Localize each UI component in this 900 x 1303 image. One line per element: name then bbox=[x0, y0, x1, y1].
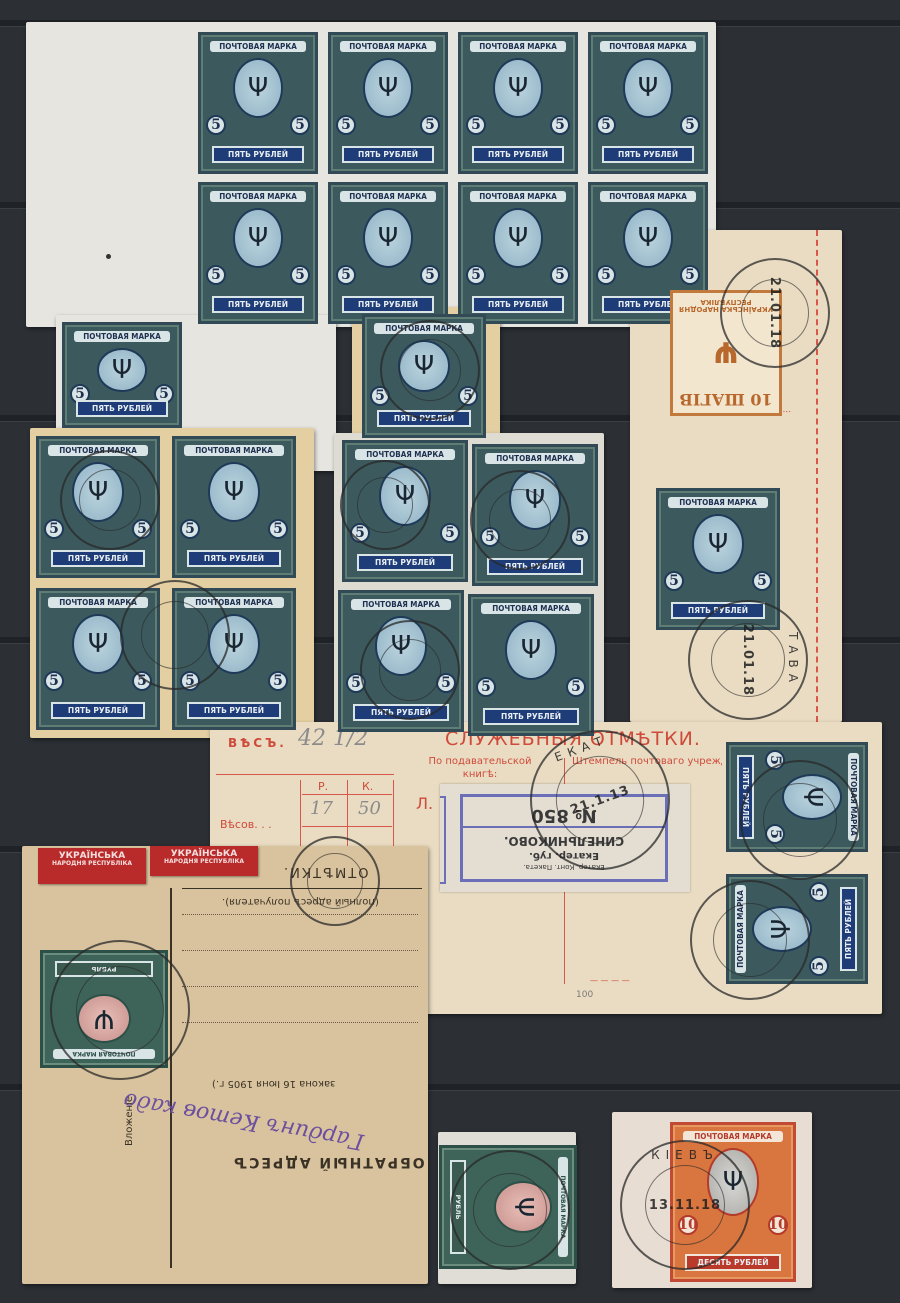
trident-icon: Ψ bbox=[638, 75, 658, 101]
trident-icon: Ψ bbox=[248, 225, 268, 251]
stamp-top-label: ПОЧТОВАЯ МАРКА bbox=[340, 41, 436, 52]
trident-icon: Ψ bbox=[508, 225, 528, 251]
stamp-bottom-label: ПЯТЬ РУБЛЕЙ bbox=[51, 550, 145, 567]
stamp-value-left: 5 bbox=[466, 265, 486, 285]
stamp-values: 55 bbox=[765, 745, 785, 849]
stamp-value-right: 5 bbox=[268, 671, 288, 691]
stamp-bottom-label: ПЯТЬ РУБЛЕЙ bbox=[357, 554, 453, 571]
stamp-bottom-label: ПЯТЬ РУБЛЕЙ bbox=[353, 704, 449, 721]
stamp-values: 55 bbox=[659, 571, 777, 591]
stamp-bottom-label: ПЯТЬ РУБЛЕЙ bbox=[212, 146, 303, 163]
stamp-oval: Ψ bbox=[623, 208, 673, 268]
stamp-10-shahiv: 10 ШАГІВΨУКРАЇНСЬКА НАРОДНЯ РЕСПУБЛІКА bbox=[670, 290, 782, 416]
stamp-bottom-label: РУБЛЬ bbox=[55, 961, 153, 977]
stamp-values: 55 bbox=[475, 527, 595, 547]
stamp-bottom-label: ПЯТЬ РУБЛЕЙ bbox=[212, 296, 303, 313]
block-stamp-5-rubles: ПОЧТОВАЯ МАРКАΨ55ПЯТЬ РУБЛЕЙ bbox=[328, 182, 448, 324]
middle-block-stamp-5-rubles: ПОЧТОВАЯ МАРКАΨ55ПЯТЬ РУБЛЕЙ bbox=[338, 590, 464, 732]
unr-line2: НАРОДНЯ РЕСПУБЛІКА bbox=[44, 861, 140, 867]
stamp-bottom-label: ПЯТЬ РУБЛЕЙ bbox=[483, 708, 579, 725]
stamp-value-right: 5 bbox=[550, 265, 570, 285]
trident-icon: Ψ bbox=[508, 75, 528, 101]
stamp-values: 55 bbox=[471, 677, 591, 697]
stamp-value-right: 5 bbox=[458, 386, 478, 406]
trident-icon: Ψ bbox=[521, 637, 541, 663]
stamp-oval: Ψ bbox=[363, 58, 413, 118]
amount-r: 17 bbox=[310, 798, 333, 819]
stamp-values: 55 bbox=[201, 115, 315, 135]
unr-line2: НАРОДНЯ РЕСПУБЛІКА bbox=[156, 859, 252, 865]
trident-icon: Ψ bbox=[525, 487, 545, 513]
trident-icon: Ψ bbox=[799, 787, 825, 807]
dotted-line bbox=[182, 914, 418, 915]
shahiv-currency: ШАГІВ bbox=[679, 390, 744, 409]
vesov-label: Вѣсов. . . bbox=[220, 818, 272, 831]
stamp-oval: Ψ bbox=[72, 462, 124, 522]
column-r: Р. bbox=[318, 780, 328, 793]
stamp-bottom-label: ПЯТЬ РУБЛЕЙ bbox=[187, 550, 281, 567]
stamp-value-left: 10 bbox=[678, 1215, 698, 1235]
trident-icon: Ψ bbox=[378, 75, 398, 101]
stamp-bottom-label: ПЯТЬ РУБЛЕЙ bbox=[602, 146, 693, 163]
stamp-values: 55 bbox=[175, 671, 293, 691]
trident-icon: Ψ bbox=[378, 225, 398, 251]
trident-icon: Ψ bbox=[112, 357, 132, 383]
shahiv-value: 10 bbox=[750, 390, 772, 409]
dotted-line bbox=[182, 986, 418, 987]
trident-icon: Ψ bbox=[224, 479, 244, 505]
trident-icon: Ψ bbox=[714, 335, 738, 368]
block-stamp-5-rubles: ПОЧТОВАЯ МАРКАΨ55ПЯТЬ РУБЛЕЙ bbox=[458, 182, 578, 324]
form-line bbox=[216, 774, 394, 775]
stamp-values: 55 bbox=[201, 265, 315, 285]
shahiv-country: УКРАЇНСЬКА НАРОДНЯ РЕСПУБЛІКА bbox=[675, 297, 777, 312]
stamp-value-right: 5 bbox=[268, 519, 288, 539]
stamp-values: 55 bbox=[341, 673, 461, 693]
stamp-bottom-label: ДЕСЯТЬ РУБЛЕЙ bbox=[685, 1254, 781, 1271]
stamp-values: 55 bbox=[345, 523, 465, 543]
stamp-top-label: ПОЧТОВАЯ МАРКА bbox=[600, 191, 696, 202]
block-stamp-5-rubles: ПОЧТОВАЯ МАРКАΨ55ПЯТЬ РУБЛЕЙ bbox=[198, 32, 318, 174]
dotted-line bbox=[182, 1022, 418, 1023]
stamp-oval: Ψ bbox=[233, 58, 283, 118]
stamp-oval: Ψ bbox=[623, 58, 673, 118]
stamp-value-left: 5 bbox=[206, 115, 226, 135]
stamp-top-label: ПОЧТОВАЯ МАРКА bbox=[470, 41, 566, 52]
shahiv-value-row: 10 ШАГІВ bbox=[679, 390, 772, 409]
stamp-1-ruble-punched: ПОЧТОВАЯ МАРКАΨРУБЛЬ bbox=[439, 1145, 577, 1269]
stamp-value-right: 5 bbox=[680, 265, 700, 285]
stamp-top-label: ПОЧТОВАЯ МАРКА bbox=[340, 191, 436, 202]
card-divider bbox=[170, 888, 172, 1268]
stamp-value-left: 5 bbox=[596, 265, 616, 285]
stamp-oval: Ψ bbox=[72, 614, 124, 674]
trident-icon: Ψ bbox=[94, 1005, 114, 1031]
stamp-bottom-label: ПЯТЬ РУБЛЕЙ bbox=[76, 400, 167, 417]
stamp-bottom-label: ПЯТЬ РУБЛЕЙ bbox=[51, 702, 145, 719]
stamp-values: 55 bbox=[461, 265, 575, 285]
stamp-value-right: 5 bbox=[420, 115, 440, 135]
stamp-value-right: 5 bbox=[680, 115, 700, 135]
stamp-top-label: ПОЧТОВАЯ МАРКА bbox=[558, 1157, 568, 1256]
stamp-value-right: 5 bbox=[132, 671, 152, 691]
stamp-top-label: ПОЧТОВАЯ МАРКА bbox=[374, 323, 473, 334]
stamp-values: 55 bbox=[809, 877, 829, 981]
stamp-values: 55 bbox=[39, 519, 157, 539]
stamp-oval: Ψ bbox=[509, 470, 562, 530]
stamp-bottom-label: РУБЛЬ bbox=[450, 1160, 466, 1254]
stamp-oval: Ψ bbox=[493, 208, 543, 268]
registration-place: СИНЕЛЬНИКОВО. bbox=[504, 834, 624, 848]
stamp-bottom-label: ПЯТЬ РУБЛЕЙ bbox=[487, 558, 583, 575]
podav-label: По подавательской книгѣ: bbox=[420, 756, 540, 781]
amount-k: 50 bbox=[358, 798, 381, 819]
stamp-top-label: ПОЧТОВАЯ МАРКА bbox=[210, 41, 306, 52]
stamp-values: 55 bbox=[331, 265, 445, 285]
stamp-value-right: 5 bbox=[436, 673, 456, 693]
left-block-stamp-5-rubles: ПОЧТОВАЯ МАРКАΨ55ПЯТЬ РУБЛЕЙ bbox=[36, 588, 160, 730]
stamp-10-rubles: ПОЧТОВАЯ МАРКАΨ1010ДЕСЯТЬ РУБЛЕЙ bbox=[670, 1122, 796, 1282]
stamp-top-label: ПОЧТОВАЯ МАРКА bbox=[184, 445, 283, 456]
block-stamp-5-rubles: ПОЧТОВАЯ МАРКАΨ55ПЯТЬ РУБЛЕЙ bbox=[588, 32, 708, 174]
stamp-top-label: ПОЧТОВАЯ МАРКА bbox=[848, 753, 859, 840]
stamp-values: 55 bbox=[39, 671, 157, 691]
stamp-value-left: 5 bbox=[44, 671, 64, 691]
stamp-top-label: ПОЧТОВАЯ МАРКА bbox=[735, 885, 746, 972]
trident-icon: Ψ bbox=[510, 1197, 536, 1217]
stamp-oval: Ψ bbox=[379, 466, 432, 526]
address-line-label: (полный адресъ получателя). bbox=[222, 896, 379, 907]
stamp-top-label: ПОЧТОВАЯ МАРКА bbox=[481, 603, 582, 614]
red-dash: — — — — bbox=[590, 976, 630, 985]
return-address-heading: ОБРАТНЫЙ АДРЕСЪ bbox=[232, 1154, 425, 1170]
stamp-value-left: 5 bbox=[664, 571, 684, 591]
trident-icon: Ψ bbox=[88, 631, 108, 657]
stamp-value-right: 5 bbox=[752, 571, 772, 591]
registration-sub: Екатер. Конт. Пакета. bbox=[523, 863, 604, 871]
registration-label: Екатер. Конт. Пакета. Екатер. губ. СИНЕЛ… bbox=[440, 784, 690, 892]
stamp-top-label: ПОЧТОВАЯ МАРКА bbox=[470, 191, 566, 202]
column-k: К. bbox=[362, 780, 373, 793]
trident-icon: Ψ bbox=[395, 483, 415, 509]
block-stamp-5-rubles: ПОЧТОВАЯ МАРКАΨ55ПЯТЬ РУБЛЕЙ bbox=[458, 32, 578, 174]
stamp-values: 55 bbox=[591, 115, 705, 135]
unr-stamp-1: УКРАЇНСЬКА НАРОДНЯ РЕСПУБЛІКА bbox=[38, 848, 146, 884]
form-red-rule bbox=[816, 230, 818, 722]
form-line bbox=[302, 794, 392, 795]
stamp-values: 55 bbox=[365, 386, 483, 406]
stamp-value-left: 5 bbox=[350, 523, 370, 543]
stamp-value-right: 5 bbox=[290, 265, 310, 285]
stamp-bottom-label: ПЯТЬ РУБЛЕЙ bbox=[472, 146, 563, 163]
stamp-top-label: ПОЧТОВАЯ МАРКА bbox=[351, 599, 452, 610]
stamp-value-right: 5 bbox=[550, 115, 570, 135]
stamp-1-ruble-card: ПОЧТОВАЯ МАРКАΨРУБЛЬ bbox=[40, 950, 168, 1068]
stamp-top-label: ПОЧТОВАЯ МАРКА bbox=[74, 331, 170, 342]
stamp-top-label: ПОЧТОВАЯ МАРКА bbox=[210, 191, 306, 202]
trident-icon: Ψ bbox=[723, 1169, 743, 1195]
trident-icon: Ψ bbox=[638, 225, 658, 251]
stamp-value-right: 5 bbox=[809, 882, 829, 902]
pencil-100: 100 bbox=[576, 990, 593, 1000]
l-label: Л. bbox=[416, 794, 433, 813]
left-block-stamp-5-rubles: ПОЧТОВАЯ МАРКАΨ55ПЯТЬ РУБЛЕЙ bbox=[36, 436, 160, 578]
stamp-oval: Ψ bbox=[363, 208, 413, 268]
stamp-value-left: 5 bbox=[206, 265, 226, 285]
trident-icon: Ψ bbox=[88, 479, 108, 505]
stamp-value-left: 5 bbox=[370, 386, 390, 406]
stamp-top-label: ПОЧТОВАЯ МАРКА bbox=[668, 497, 767, 508]
stamp-values: 55 bbox=[591, 265, 705, 285]
stamp-values: 55 bbox=[175, 519, 293, 539]
stamp-top-label: ПОЧТОВАЯ МАРКА bbox=[48, 597, 147, 608]
stamp-value-right: 5 bbox=[290, 115, 310, 135]
stamp-bottom-label: ПЯТЬ РУБЛЕЙ bbox=[342, 146, 433, 163]
stamp-bottom-label: ПЯТЬ РУБЛЕЙ bbox=[187, 702, 281, 719]
stamp-top-label: ПОЧТОВАЯ МАРКА bbox=[48, 445, 147, 456]
stamp-value-left: 5 bbox=[480, 527, 500, 547]
stamp-value-left: 5 bbox=[44, 519, 64, 539]
stamp-oval: Ψ bbox=[494, 1181, 552, 1233]
trident-icon: Ψ bbox=[391, 633, 411, 659]
stamp-bottom-label: ПЯТЬ РУБЛЕЙ bbox=[472, 296, 563, 313]
stamp-top-label: ПОЧТОВАЯ МАРКА bbox=[485, 453, 586, 464]
middle-block-stamp-5-rubles: ПОЧТОВАЯ МАРКАΨ55ПЯТЬ РУБЛЕЙ bbox=[472, 444, 598, 586]
stamp-bottom-label: ПЯТЬ РУБЛЕЙ bbox=[737, 755, 754, 838]
stamp-value-right: 10 bbox=[768, 1215, 788, 1235]
form-single-5-rubles: ПОЧТОВАЯ МАРКАΨ55ПЯТЬ РУБЛЕЙ bbox=[656, 488, 780, 630]
registration-box-edge bbox=[440, 796, 446, 884]
unr-stamp-2: УКРАЇНСЬКА НАРОДНЯ РЕСПУБЛІКА bbox=[150, 846, 258, 876]
form-line bbox=[302, 826, 392, 827]
stamp-oval: Ψ bbox=[208, 462, 260, 522]
stamp-bottom-label: ПЯТЬ РУБЛЕЙ bbox=[840, 887, 857, 970]
stamp-value-right: 5 bbox=[132, 519, 152, 539]
left-block-stamp-5-rubles: ПОЧТОВАЯ МАРКАΨ55ПЯТЬ РУБЛЕЙ bbox=[172, 436, 296, 578]
trident-icon: Ψ bbox=[248, 75, 268, 101]
stamp-top-label: ПОЧТОВАЯ МАРКА bbox=[355, 449, 456, 460]
left-block-stamp-5-rubles: ПОЧТОВАЯ МАРКАΨ55ПЯТЬ РУБЛЕЙ bbox=[172, 588, 296, 730]
stamp-value-right: 5 bbox=[765, 824, 785, 844]
parcel-stamp-5-rubles-1: ПОЧТОВАЯ МАРКАΨ55ПЯТЬ РУБЛЕЙ bbox=[726, 742, 868, 852]
stamp-value-right: 5 bbox=[566, 677, 586, 697]
law-text: закона 16 Іюня 1905 г.) bbox=[212, 1078, 335, 1089]
block-stamp-5-rubles: ПОЧТОВАЯ МАРКАΨ55ПЯТЬ РУБЛЕЙ bbox=[328, 32, 448, 174]
stamp-value-left: 5 bbox=[596, 115, 616, 135]
dotted-line bbox=[182, 950, 418, 951]
stamp-value-left: 5 bbox=[466, 115, 486, 135]
registration-region: Екатер. губ. bbox=[529, 850, 599, 861]
trident-icon: Ψ bbox=[708, 531, 728, 557]
stamp-bottom-label: ПЯТЬ РУБЛЕЙ bbox=[671, 602, 765, 619]
stamp-label: Штемпель почтоваго учреждения мѣста пода… bbox=[572, 756, 722, 769]
stamp-top-label: ПОЧТОВАЯ МАРКА bbox=[53, 1049, 155, 1059]
stamp-oval: Ψ bbox=[375, 616, 428, 676]
stamp-value-left: 5 bbox=[809, 956, 829, 976]
trident-icon: Ψ bbox=[769, 919, 795, 939]
weight-label: ВѢСЪ. bbox=[228, 736, 287, 750]
card-rule bbox=[182, 888, 422, 889]
stamp-oval: Ψ bbox=[77, 994, 131, 1043]
stamp-top-label: ПОЧТОВАЯ МАРКА bbox=[600, 41, 696, 52]
stamp-values: 55 bbox=[331, 115, 445, 135]
stamp-oval: Ψ bbox=[752, 906, 812, 952]
stamp-top-label: ПОЧТОВАЯ МАРКА bbox=[184, 597, 283, 608]
margin-single-5-rubles: ПОЧТОВАЯ МАРКАΨ55ПЯТЬ РУБЛЕЙ bbox=[62, 322, 182, 428]
stamp-value-left: 5 bbox=[346, 673, 366, 693]
middle-block-stamp-5-rubles: ПОЧТОВАЯ МАРКАΨ55ПЯТЬ РУБЛЕЙ bbox=[342, 440, 468, 582]
middle-block-stamp-5-rubles: ПОЧТОВАЯ МАРКАΨ55ПЯТЬ РУБЛЕЙ bbox=[468, 594, 594, 736]
stamp-oval: Ψ bbox=[692, 514, 744, 574]
stamp-oval: Ψ bbox=[233, 208, 283, 268]
stamp-bottom-label: ПЯТЬ РУБЛЕЙ bbox=[342, 296, 433, 313]
perforation-dot bbox=[106, 254, 111, 259]
stamp-value-left: 5 bbox=[765, 750, 785, 770]
stamp-top-label: ПОЧТОВАЯ МАРКА bbox=[683, 1131, 784, 1142]
stamp-bottom-label: ПЯТЬ РУБЛЕЙ bbox=[377, 410, 471, 427]
handwritten-address: Гардинъ Кетов кадо bbox=[122, 1087, 366, 1154]
address-card-heading: ОТМѢТКИ. bbox=[282, 864, 368, 879]
stamp-value-left: 5 bbox=[336, 115, 356, 135]
parcel-stamp-5-rubles-2: ПОЧТОВАЯ МАРКАΨ55ПЯТЬ РУБЛЕЙ bbox=[726, 874, 868, 984]
stamp-values: 55 bbox=[461, 115, 575, 135]
stamp-value-left: 5 bbox=[180, 519, 200, 539]
stamp-oval: Ψ bbox=[398, 340, 450, 392]
stamp-value-left: 5 bbox=[476, 677, 496, 697]
registration-box: Екатер. Конт. Пакета. Екатер. губ. СИНЕЛ… bbox=[460, 794, 668, 882]
stamp-value-right: 5 bbox=[420, 265, 440, 285]
stamp-oval: Ψ bbox=[505, 620, 558, 680]
stamp-oval: Ψ bbox=[493, 58, 543, 118]
stamp-value-left: 5 bbox=[180, 671, 200, 691]
stamp-values: 1010 bbox=[673, 1215, 793, 1235]
stamp-oval: Ψ bbox=[208, 614, 260, 674]
block-stamp-5-rubles: ПОЧТОВАЯ МАРКАΨ55ПЯТЬ РУБЛЕЙ bbox=[198, 182, 318, 324]
stamp-oval: Ψ bbox=[782, 774, 842, 820]
stamp-value-left: 5 bbox=[336, 265, 356, 285]
stamp-value-right: 5 bbox=[440, 523, 460, 543]
stamp-value-right: 5 bbox=[570, 527, 590, 547]
used-single-5-rubles: ПОЧТОВАЯ МАРКАΨ55ПЯТЬ РУБЛЕЙ bbox=[362, 314, 486, 438]
registration-number: № 850 bbox=[463, 805, 665, 828]
stamp-oval: Ψ bbox=[707, 1148, 760, 1216]
trident-icon: Ψ bbox=[224, 631, 244, 657]
trident-icon: Ψ bbox=[414, 353, 434, 379]
